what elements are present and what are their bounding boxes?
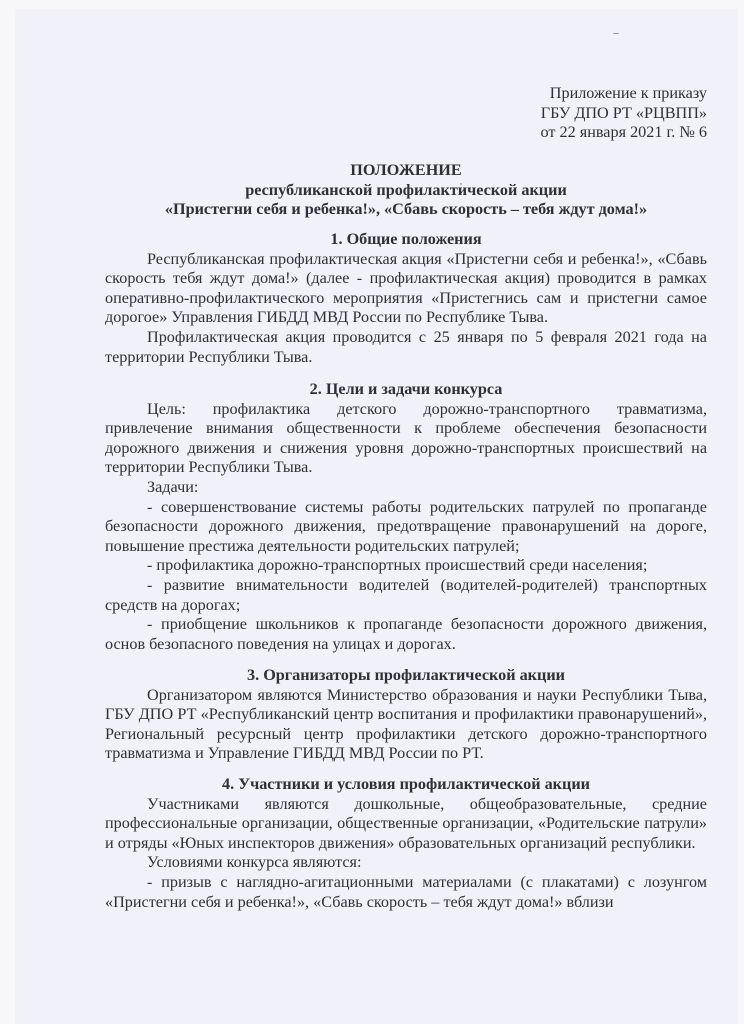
paragraph: Профилактическая акция проводится с 25 я… [105, 328, 707, 367]
section-heading: 3. Организаторы профилактической акции [105, 666, 707, 686]
section-organizers: 3. Организаторы профилактической акции О… [105, 666, 707, 764]
approval-line-1: Приложение к приказу [105, 84, 707, 104]
paragraph: Организатором являются Министерство обра… [105, 686, 707, 764]
list-item: - призыв с наглядно-агитационными матери… [105, 873, 707, 912]
scan-speck [613, 33, 619, 34]
paragraph: Условиями конкурса являются: [105, 853, 707, 873]
paragraph: Задачи: [105, 478, 707, 498]
document-title: ПОЛОЖЕНИЕ республиканской профилактическ… [105, 161, 707, 220]
section-goals: 2. Цели и задачи конкурса Цель: профилак… [105, 380, 707, 654]
section-heading: 2. Цели и задачи конкурса [105, 380, 707, 400]
approval-stamp: Приложение к приказу ГБУ ДПО РТ «РЦВПП» … [105, 84, 707, 143]
title-subtitle: республиканской профилактической акции [105, 181, 707, 201]
paragraph: Республиканская профилактическая акция «… [105, 250, 707, 328]
paragraph: Цель: профилактика детского дорожно-тран… [105, 400, 707, 478]
paragraph: Участниками являются дошкольные, общеобр… [105, 795, 707, 854]
list-item: - профилактика дорожно-транспортных прои… [105, 556, 707, 576]
section-participants: 4. Участники и условия профилактической … [105, 775, 707, 912]
list-item: - приобщение школьников к пропаганде без… [105, 615, 707, 654]
scan-speck [460, 183, 462, 185]
section-heading: 1. Общие положения [105, 230, 707, 250]
approval-line-3: от 22 января 2021 г. № 6 [105, 123, 707, 143]
title-slogans: «Пристегни себя и ребенка!», «Сбавь скор… [105, 200, 707, 220]
section-general: 1. Общие положения Республиканская профи… [105, 230, 707, 367]
approval-line-2: ГБУ ДПО РТ «РЦВПП» [105, 104, 707, 124]
section-heading: 4. Участники и условия профилактической … [105, 775, 707, 795]
title-heading: ПОЛОЖЕНИЕ [105, 161, 707, 181]
list-item: - развитие внимательности водителей (вод… [105, 576, 707, 615]
list-item: - совершенствование системы работы родит… [105, 498, 707, 557]
